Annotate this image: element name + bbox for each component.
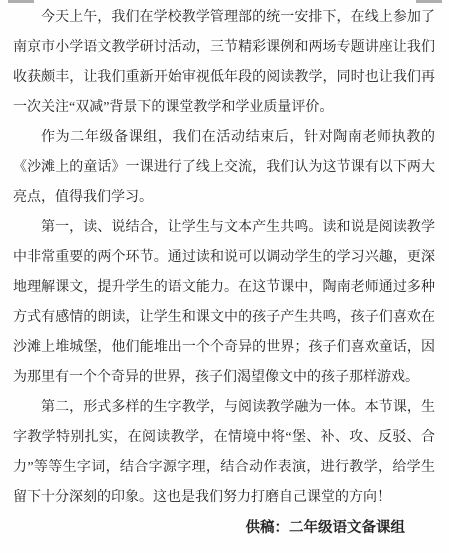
- paragraph-highlight-2: 第二，形式多样的生字教学，与阅读教学融为一体。本节课，生字教学特别扎实，在阅读教…: [13, 393, 435, 513]
- paragraph-intro: 今天上午，我们在学校教学管理部的统一安排下，在线上参加了南京市小学语文教学研讨活…: [13, 3, 435, 123]
- paragraph-context: 作为二年级备课组，我们在活动结束后，针对陶南老师执教的《沙滩上的童话》一课进行了…: [13, 123, 435, 213]
- document-body: 今天上午，我们在学校教学管理部的统一安排下，在线上参加了南京市小学语文教学研讨活…: [13, 3, 435, 543]
- document-page: 今天上午，我们在学校教学管理部的统一安排下，在线上参加了南京市小学语文教学研讨活…: [0, 0, 449, 553]
- byline: 供稿：二年级语文备课组: [13, 513, 435, 543]
- paragraph-highlight-1: 第一，读、说结合，让学生与文本产生共鸣。读和说是阅读教学中非常重要的两个环节。通…: [13, 213, 435, 393]
